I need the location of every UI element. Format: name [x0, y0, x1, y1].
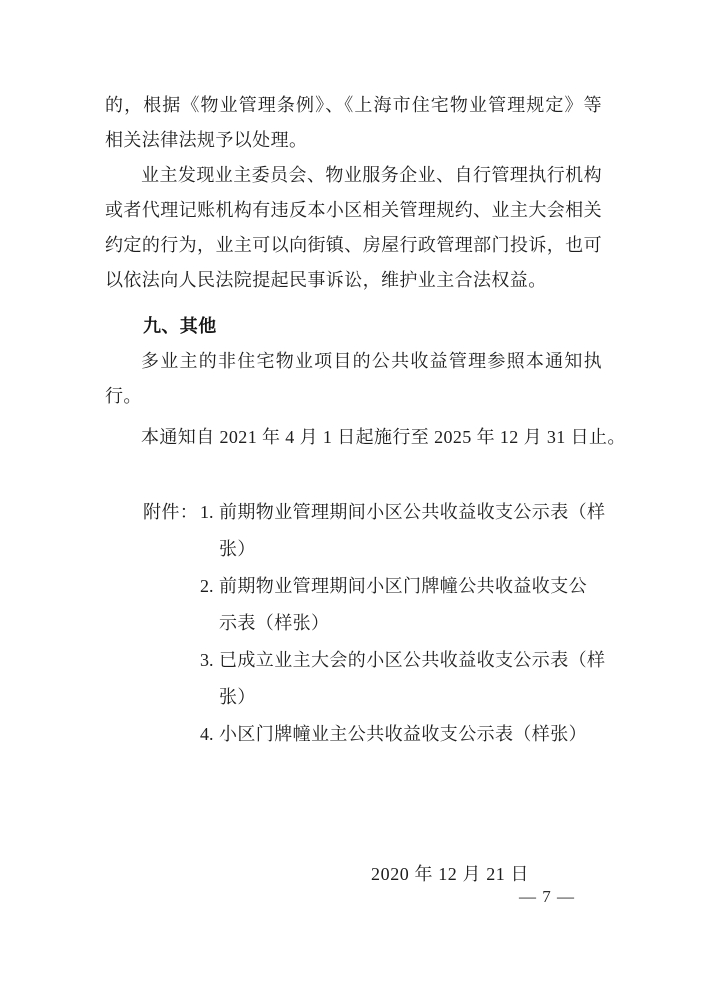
paragraph-line: 本通知自 2021 年 4 月 1 日起施行至 2025 年 12 月 31 日… [105, 420, 602, 455]
signature-date: 2020 年 12 月 21 日 [371, 857, 529, 892]
document-page: 的，根据《物业管理条例》、《上海市住宅物业管理规定》等 相关法律法规予以处理。 … [0, 0, 706, 1000]
attachment-item-text: 小区门牌幢业主公共收益收支公示表（样张） [219, 716, 587, 753]
attachment-item-text: 前期物业管理期间小区公共收益收支公示表（样 张） [219, 494, 605, 568]
paragraph-line: 行。 [105, 379, 602, 414]
page-number: — 7 — [519, 881, 575, 913]
paragraph-line: 以依法向人民法院提起民事诉讼，维护业主合法权益。 [105, 263, 602, 298]
paragraph-line: 或者代理记账机构有违反本小区相关管理规约、业主大会相关 [105, 193, 602, 228]
attachment-item: 4. 小区门牌幢业主公共收益收支公示表（样张） [200, 716, 605, 753]
attachment-line: 前期物业管理期间小区公共收益收支公示表（样 [219, 494, 605, 531]
paragraph-line: 业主发现业主委员会、物业服务企业、自行管理执行机构 [105, 158, 602, 193]
attachment-item-number: 3. [200, 642, 219, 679]
section-heading: 九、其他 [105, 309, 602, 344]
attachment-item-number: 2. [200, 568, 219, 605]
paragraph-1: 的，根据《物业管理条例》、《上海市住宅物业管理规定》等 相关法律法规予以处理。 [105, 88, 602, 158]
body-text: 的，根据《物业管理条例》、《上海市住宅物业管理规定》等 相关法律法规予以处理。 … [105, 88, 602, 455]
paragraph-line: 多业主的非住宅物业项目的公共收益管理参照本通知执 [105, 344, 602, 379]
attachment-line: 前期物业管理期间小区门牌幢公共收益收支公 [219, 568, 587, 605]
attachment-line: 示表（样张） [219, 605, 587, 642]
attachment-item-text: 前期物业管理期间小区门牌幢公共收益收支公 示表（样张） [219, 568, 587, 642]
paragraph-3: 多业主的非住宅物业项目的公共收益管理参照本通知执 行。 [105, 344, 602, 414]
attachment-item-number: 4. [200, 716, 219, 753]
paragraph-line: 相关法律法规予以处理。 [105, 123, 602, 158]
attachment-line: 张） [219, 531, 605, 568]
attachment-item: 3. 已成立业主大会的小区公共收益收支公示表（样 张） [200, 642, 605, 716]
paragraph-4: 本通知自 2021 年 4 月 1 日起施行至 2025 年 12 月 31 日… [105, 420, 602, 455]
attachment-item: 2. 前期物业管理期间小区门牌幢公共收益收支公 示表（样张） [200, 568, 605, 642]
attachments-label: 附件： [143, 494, 200, 531]
attachments-block: 附件： 1. 前期物业管理期间小区公共收益收支公示表（样 张） 2. 前期物业管… [143, 494, 605, 753]
attachment-line: 张） [219, 679, 605, 716]
paragraph-line: 约定的行为，业主可以向街镇、房屋行政管理部门投诉，也可 [105, 228, 602, 263]
attachment-line: 小区门牌幢业主公共收益收支公示表（样张） [219, 716, 587, 753]
attachments-list: 1. 前期物业管理期间小区公共收益收支公示表（样 张） 2. 前期物业管理期间小… [200, 494, 605, 753]
attachment-line: 已成立业主大会的小区公共收益收支公示表（样 [219, 642, 605, 679]
paragraph-line: 的，根据《物业管理条例》、《上海市住宅物业管理规定》等 [105, 88, 602, 123]
attachment-item-number: 1. [200, 494, 219, 531]
attachment-item-text: 已成立业主大会的小区公共收益收支公示表（样 张） [219, 642, 605, 716]
attachment-item: 1. 前期物业管理期间小区公共收益收支公示表（样 张） [200, 494, 605, 568]
paragraph-2: 业主发现业主委员会、物业服务企业、自行管理执行机构 或者代理记账机构有违反本小区… [105, 158, 602, 298]
